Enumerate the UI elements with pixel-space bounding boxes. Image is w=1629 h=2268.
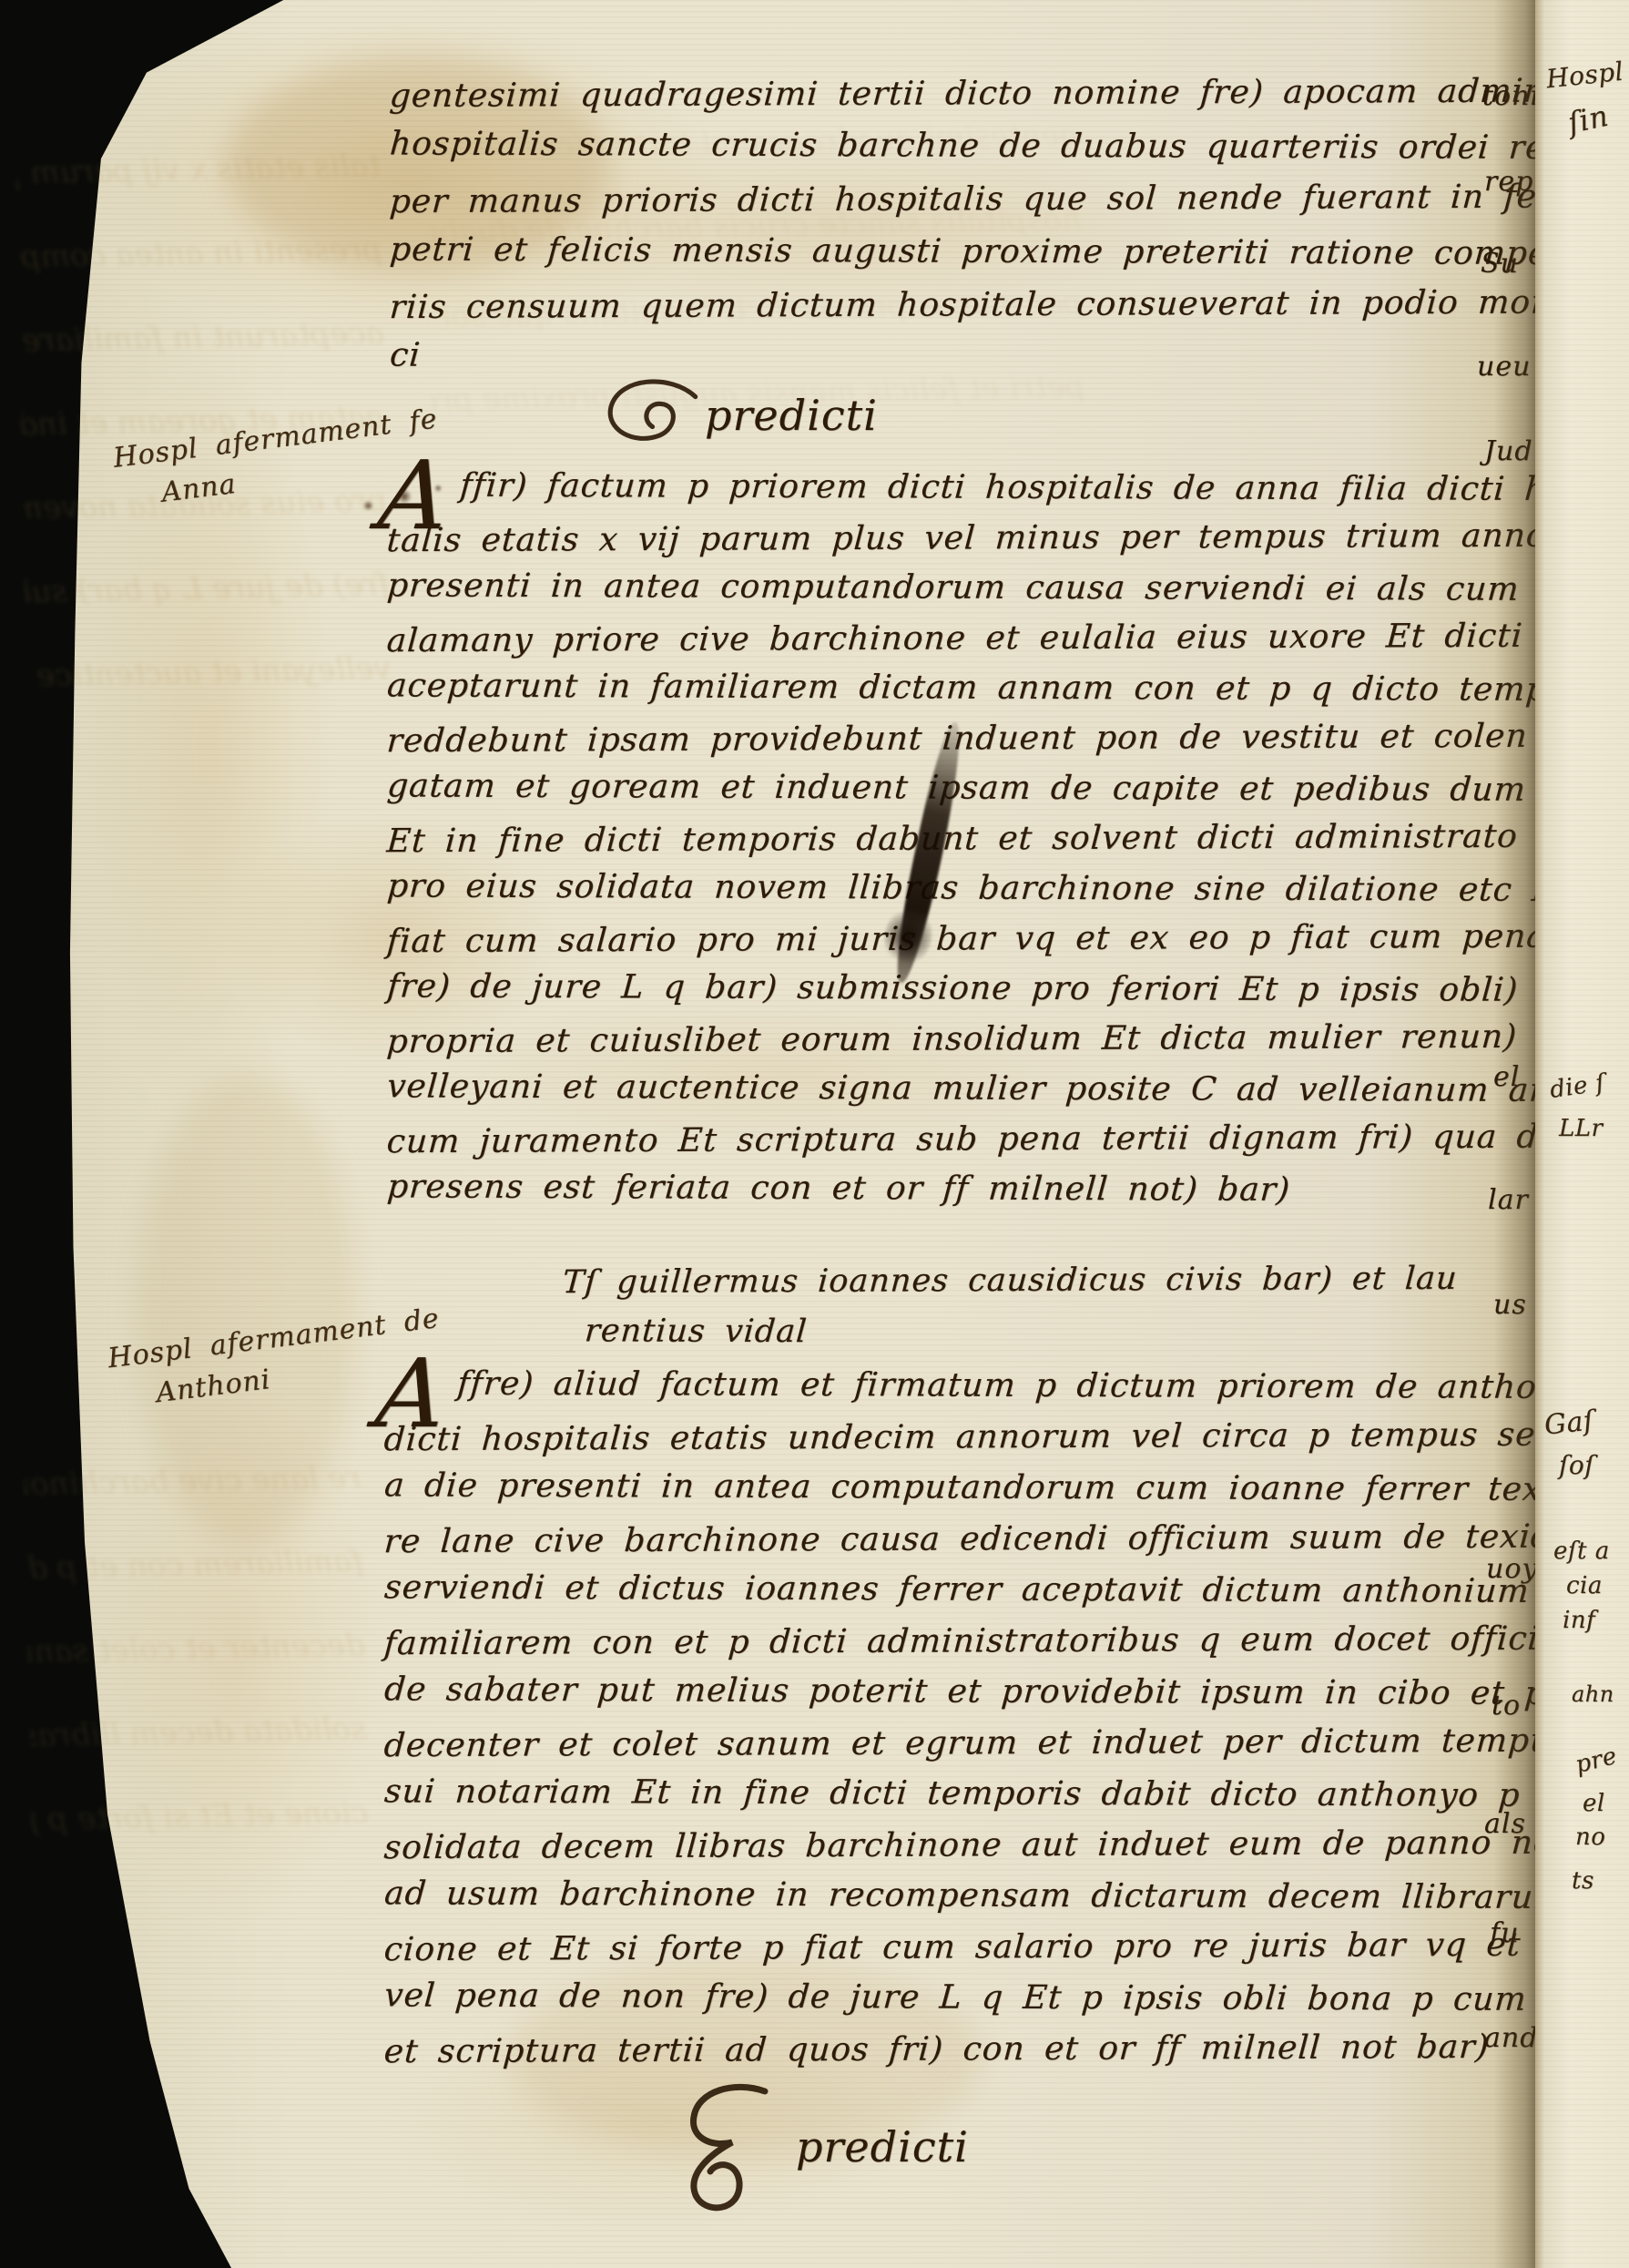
text-line: presenti in antea computandorum causa se… <box>385 560 1629 615</box>
next-page-fragment: ts <box>1572 1867 1594 1895</box>
bleed-through-text: talis etatis x vij parum plus vel minus … <box>15 124 403 1261</box>
text-line: ad usum barchinone in recompensam dictar… <box>382 1868 1629 1924</box>
heading-label: predicti <box>705 391 878 440</box>
manuscript-photo: talis etatis x vij parum plus vel minus … <box>0 0 1629 2268</box>
text-line: ffre) aliud factum et firmatum p dictum … <box>382 1358 1629 1414</box>
text-line: vel pena de non fre) de jure L q Et p ip… <box>382 1970 1629 2026</box>
text-line: fiat cum salario pro mi juris bar vq et … <box>385 911 1629 966</box>
text-line: reddebunt ipsam providebunt induent pon … <box>385 710 1629 766</box>
next-page-fragment: el <box>1583 1790 1605 1817</box>
text-line: Et in fine dicti temporis dabunt et solv… <box>385 811 1629 866</box>
witness-line: rentius vidal <box>583 1305 1459 1360</box>
next-page-margin-note: Hospl <box>1545 56 1625 95</box>
entry-anna: A ffir) factum p priorem dicti hospitali… <box>387 463 1629 1214</box>
text-line: pro eius solidata novem llibras barchino… <box>385 861 1629 915</box>
text-line: re lane cive barchinone causa edicendi o… <box>382 1511 1629 1568</box>
text-line: familiarem con et p dicti administratori… <box>382 1613 1629 1670</box>
next-page-fragment: eſt a <box>1553 1538 1610 1565</box>
text-line: decenter et colet sanum et egrum et indu… <box>382 1715 1629 1772</box>
text-line: cum juramento Et scriptura sub pena tert… <box>385 1111 1629 1167</box>
text-line: riis censuum quem dictum hospitale consu… <box>388 276 1629 334</box>
big-initial: A <box>372 1348 451 1439</box>
text-line: talis etatis x vij parum plus vel minus … <box>385 510 1629 566</box>
text-line: a die presenti in antea computandorum cu… <box>382 1460 1629 1516</box>
text-line: velleyani et auctentice signa mulier pos… <box>385 1061 1629 1116</box>
witness-line: Tſ guillermus ioannes causidicus civis b… <box>561 1253 1459 1309</box>
text-line: aceptarunt in familiarem dictam annam co… <box>385 660 1629 715</box>
entry-top-text: gentesimi quadragesimi tertii dicto nomi… <box>390 67 1629 384</box>
next-page-fragment: ahn <box>1572 1681 1614 1707</box>
next-page-margin-note: ſin <box>1565 98 1612 140</box>
text-line: alamany priore cive barchinone et eulali… <box>385 610 1629 666</box>
paraph-flourish-icon <box>601 372 701 459</box>
text-line: gatam et goream et induent ipsam de capi… <box>385 761 1629 815</box>
next-page-sliver: Hospl ſin die ſ LLr Gaſ ſoſ eſt a cia in… <box>1535 0 1629 2268</box>
next-page-fragment: Gaſ <box>1542 1405 1595 1442</box>
text-line: dicti hospitalis etatis undecim annorum … <box>382 1409 1629 1466</box>
text-line: de sabater put melius poterit et provide… <box>382 1664 1629 1720</box>
text-line: propria et cuiuslibet eorum insolidum Et… <box>385 1011 1629 1067</box>
text-line: sui notariam Et in fine dicti temporis d… <box>382 1766 1629 1822</box>
text-line: solidata decem llibras barchinone aut in… <box>382 1817 1629 1874</box>
text-line: cione et Et si forte p fiat cum salario … <box>382 1919 1629 1976</box>
text-line: presens est feriata con et or ff milnell… <box>385 1161 1629 1216</box>
next-page-fragment: LLr <box>1559 1115 1603 1142</box>
bleed-through-text: re lane cive barchinone causa edicendi o… <box>24 1435 375 2153</box>
entry-anthoni: A ffre) aliud factum et firmatum p dictu… <box>384 1361 1629 2075</box>
text-line: serviendi et dictus ioannes ferrer acept… <box>382 1562 1629 1618</box>
text-line: gentesimi quadragesimi tertii dicto nomi… <box>388 65 1629 123</box>
text-line: per manus prioris dicti hospitalis que s… <box>388 170 1629 229</box>
next-page-fragment: no <box>1575 1824 1605 1851</box>
closing-heading-predicti: predicti <box>674 2079 969 2215</box>
text-line: fre) de jure L q bar) submissione pro fe… <box>385 961 1629 1016</box>
next-page-fragment: ſoſ <box>1559 1450 1594 1480</box>
next-page-fragment: cia <box>1566 1572 1603 1599</box>
witness-clause: Tſ guillermus ioannes causidicus civis b… <box>563 1255 1457 1359</box>
next-page-fragment: pre <box>1573 1742 1620 1779</box>
text-line: hospitalis sancte crucis barchne de duab… <box>388 118 1629 176</box>
heading-label: predicti <box>796 2122 969 2171</box>
next-page-fragment: inf <box>1563 1607 1595 1634</box>
paraph-flourish-icon <box>674 2079 792 2215</box>
big-initial: A <box>375 450 453 541</box>
next-page-fragment: die ſ <box>1548 1069 1606 1104</box>
text-line: et scriptura tertii ad quos fri) con et … <box>382 2021 1629 2078</box>
entry-heading-predicti: predicti <box>601 372 878 459</box>
text-line: ffir) factum p priorem dicti hospitalis … <box>385 460 1629 515</box>
text-line: petri et felicis mensis augusti proxime … <box>388 224 1629 281</box>
gutter-fold <box>1493 0 1539 2268</box>
text-line: ci <box>388 330 1629 387</box>
